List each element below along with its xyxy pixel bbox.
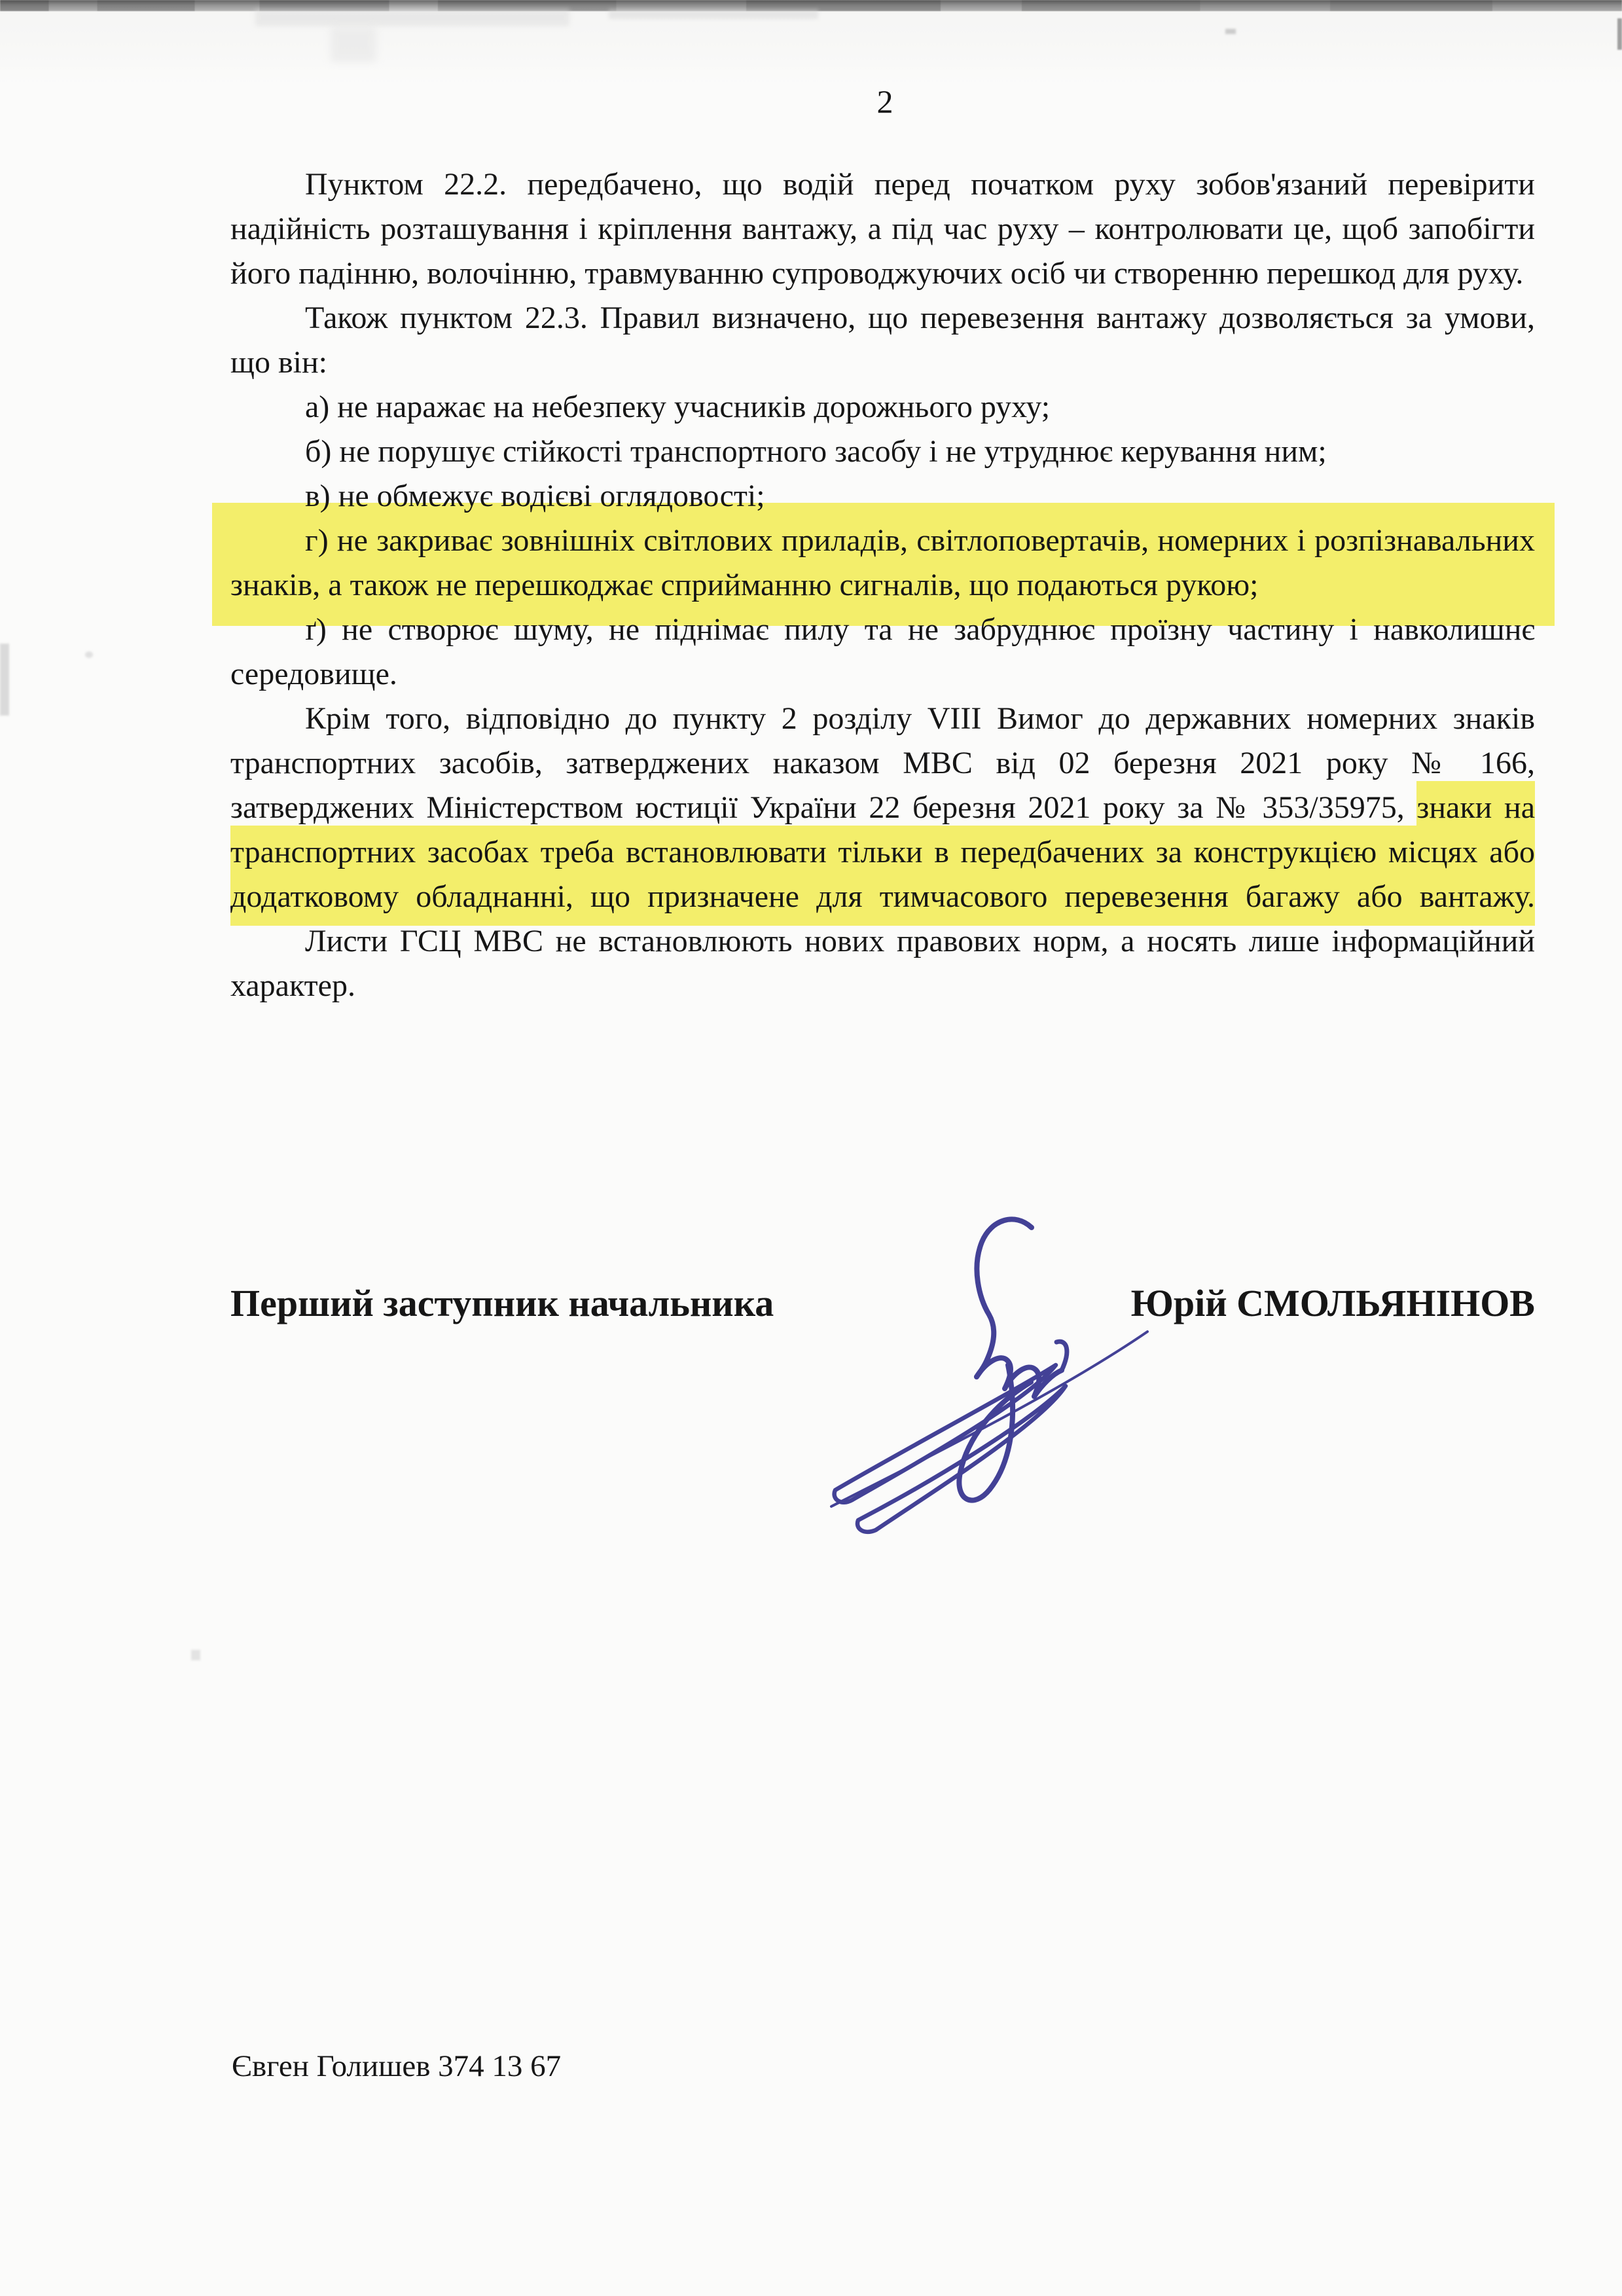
- paragraph-vymohy-mvs: Крім того, відповідно до пункту 2 розділ…: [230, 697, 1535, 919]
- paragraph-point-22-3: Також пунктом 22.3. Правил визначено, що…: [230, 296, 1535, 385]
- list-item-gje: ґ) не створює шуму, не піднімає пилу та …: [230, 608, 1535, 697]
- signatory-name: Юрій СМОЛЬЯНІНОВ: [1131, 1281, 1535, 1326]
- list-item-text: а) не наражає на небезпеку учасників дор…: [305, 390, 1050, 424]
- scan-artifact: [1617, 18, 1622, 50]
- page-number: 2: [0, 81, 1622, 122]
- paragraph-lysty-hsc: Листи ГСЦ МВС не встановлюють нових прав…: [230, 919, 1535, 1008]
- list-item-text: в) не обмежує водієві оглядовості;: [305, 479, 765, 513]
- handwritten-signature-ink: [812, 1208, 1165, 1542]
- paragraph-text: Також пунктом 22.3. Правил визначено, що…: [230, 301, 1535, 380]
- executor-contact: Євген Голишев 374 13 67: [232, 2047, 561, 2086]
- scan-artifact: [85, 651, 93, 658]
- list-item-a: а) не наражає на небезпеку учасників дор…: [230, 385, 1535, 429]
- list-item-text: ґ) не створює шуму, не піднімає пилу та …: [230, 612, 1535, 691]
- scan-artifact: [255, 9, 569, 26]
- paragraph-text: Пунктом 22.2. передбачено, що водій пере…: [230, 167, 1535, 291]
- scan-artifact: [609, 9, 818, 19]
- scan-artifact: [331, 26, 376, 62]
- scan-artifact: [191, 1650, 200, 1660]
- list-item-b: б) не порушує стійкості транспортного за…: [230, 429, 1535, 474]
- document-body: Пунктом 22.2. передбачено, що водій пере…: [230, 162, 1535, 1008]
- scan-artifact: [0, 644, 9, 716]
- list-item-text: б) не порушує стійкості транспортного за…: [305, 434, 1327, 469]
- scan-artifact: [1225, 29, 1236, 34]
- paragraph-point-22-2: Пунктом 22.2. передбачено, що водій пере…: [230, 162, 1535, 296]
- paragraph-text: Листи ГСЦ МВС не встановлюють нових прав…: [230, 924, 1535, 1003]
- scanned-document-page: 2 Пунктом 22.2. передбачено, що водій пе…: [0, 0, 1622, 2296]
- paragraph-text: Крім того, відповідно до пункту 2 розділ…: [230, 701, 1535, 825]
- signatory-title: Перший заступник начальника: [230, 1281, 774, 1326]
- highlighted-block-text: г) не закриває зовнішніх світлових прила…: [230, 523, 1535, 602]
